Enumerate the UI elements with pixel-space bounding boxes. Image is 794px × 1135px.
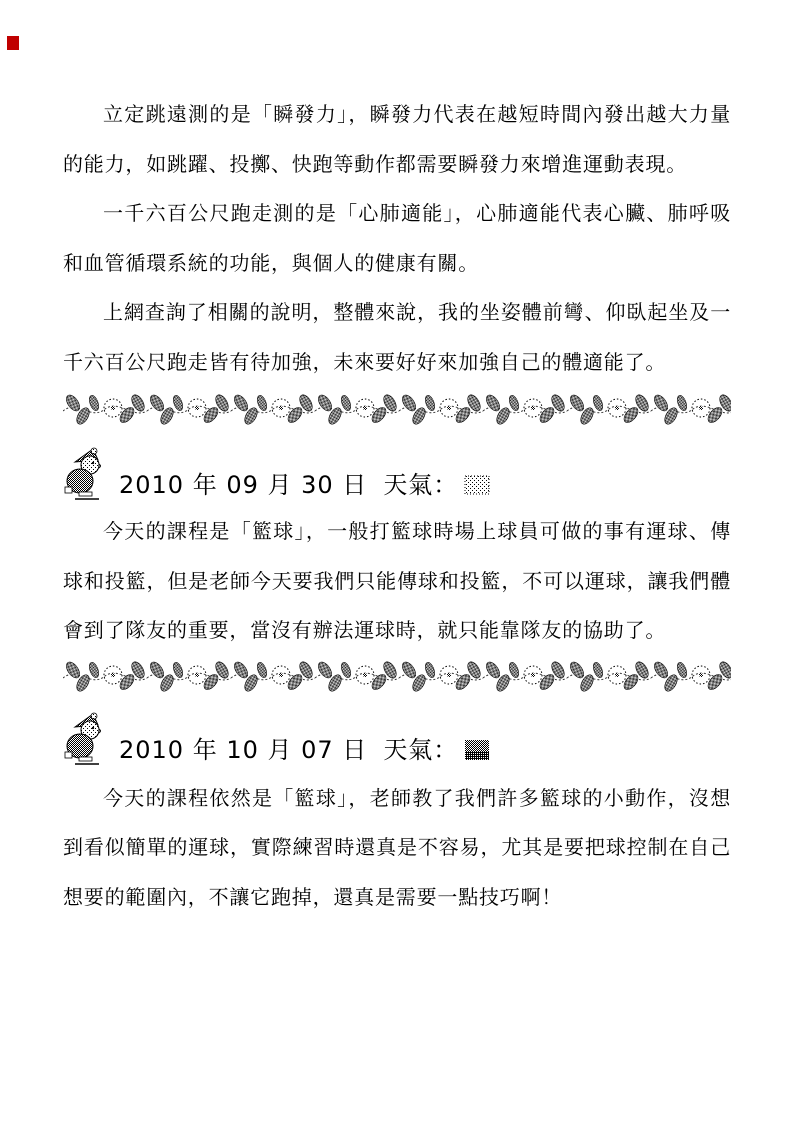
dithered-weather-icon-light	[464, 474, 490, 496]
leaf-vine-divider-graphic	[63, 658, 731, 694]
leaf-vine-divider	[63, 391, 731, 427]
pixel-elf-character-icon	[63, 712, 109, 766]
weather-label: 天氣：	[383, 469, 458, 501]
paragraph: 今天的課程依然是「籃球」，老師教了我們許多籃球的小動作，沒想到看似簡單的運球，實…	[63, 774, 731, 923]
entry-body: 今天的課程是「籃球」，一般打籃球時場上球員可做的事有運球、傳球和投籃，但是老師今…	[63, 507, 731, 656]
entry-header: 2010 年 09 月 30 日 天氣：	[63, 447, 731, 501]
red-marker	[7, 36, 19, 50]
entry-date: 2010 年 09 月 30 日	[119, 469, 367, 501]
leaf-vine-divider	[63, 658, 731, 694]
paragraph: 今天的課程是「籃球」，一般打籃球時場上球員可做的事有運球、傳球和投籃，但是老師今…	[63, 507, 731, 656]
paragraph: 立定跳遠測的是「瞬發力」，瞬發力代表在越短時間內發出越大力量的能力，如跳躍、投擲…	[63, 90, 731, 189]
leaf-vine-divider-graphic	[63, 391, 731, 427]
entry-header: 2010 年 10 月 07 日 天氣：	[63, 712, 731, 766]
entry-date: 2010 年 10 月 07 日	[119, 734, 367, 766]
page-content: 立定跳遠測的是「瞬發力」，瞬發力代表在越短時間內發出越大力量的能力，如跳躍、投擲…	[63, 0, 731, 922]
weather-label: 天氣：	[383, 734, 458, 766]
paragraph: 一千六百公尺跑走測的是「心肺適能」，心肺適能代表心臟、肺呼吸和血管循環系統的功能…	[63, 189, 731, 288]
document-page: 立定跳遠測的是「瞬發力」，瞬發力代表在越短時間內發出越大力量的能力，如跳躍、投擲…	[0, 0, 794, 1135]
intro-section: 立定跳遠測的是「瞬發力」，瞬發力代表在越短時間內發出越大力量的能力，如跳躍、投擲…	[63, 90, 731, 387]
pixel-elf-character-icon	[63, 447, 109, 501]
entry-body: 今天的課程依然是「籃球」，老師教了我們許多籃球的小動作，沒想到看似簡單的運球，實…	[63, 774, 731, 923]
paragraph: 上網查詢了相關的說明，整體來說，我的坐姿體前彎、仰臥起坐及一千六百公尺跑走皆有待…	[63, 288, 731, 387]
dithered-weather-icon-dense	[464, 739, 490, 761]
